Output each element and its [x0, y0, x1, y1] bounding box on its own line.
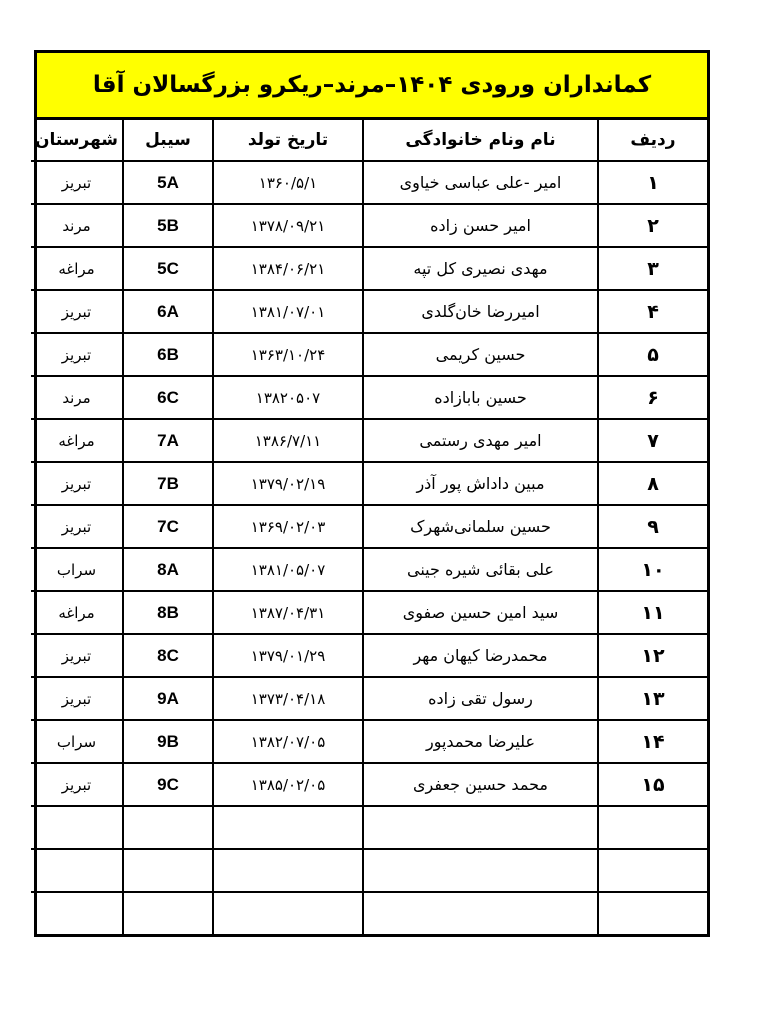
row-number-cell: ۱۳: [598, 677, 707, 720]
city-cell: تبریز: [31, 634, 123, 677]
empty-table-row: [31, 892, 707, 934]
target-cell: 7A: [123, 419, 213, 462]
row-number-cell: ۱۴: [598, 720, 707, 763]
header-row-number: ردیف: [598, 120, 707, 161]
target-cell: 5A: [123, 161, 213, 204]
target-cell: 7C: [123, 505, 213, 548]
birth-date-cell: ۱۳۸۱/۰۷/۰۱: [213, 290, 363, 333]
row-number-cell: ۶: [598, 376, 707, 419]
city-cell: تبریز: [31, 161, 123, 204]
empty-full-name-cell: [363, 892, 598, 934]
birth-date-cell: ۱۳۷۸/۰۹/۲۱: [213, 204, 363, 247]
city-cell: مراغه: [31, 591, 123, 634]
row-number-cell: ۱۰: [598, 548, 707, 591]
empty-row-number-cell: [598, 849, 707, 892]
birth-date-cell: ۱۳۸۴/۰۶/۲۱: [213, 247, 363, 290]
birth-date-cell: ۱۳۶۰/۵/۱: [213, 161, 363, 204]
empty-city-cell: [31, 892, 123, 934]
row-number-cell: ۱۱: [598, 591, 707, 634]
roster-table: ردیف نام ونام خانوادگی تاریخ تولد سیبل ش…: [31, 120, 707, 934]
header-city: شهرستان: [31, 120, 123, 161]
full-name-cell: حسین کریمی: [363, 333, 598, 376]
full-name-cell: حسین بابازاده: [363, 376, 598, 419]
header-birth-date: تاریخ تولد: [213, 120, 363, 161]
city-cell: سراب: [31, 548, 123, 591]
full-name-cell: محمد حسین جعفری: [363, 763, 598, 806]
city-cell: مراغه: [31, 419, 123, 462]
city-cell: سراب: [31, 720, 123, 763]
row-number-cell: ۱۲: [598, 634, 707, 677]
target-cell: 6B: [123, 333, 213, 376]
full-name-cell: امیر حسن زاده: [363, 204, 598, 247]
city-cell: تبریز: [31, 333, 123, 376]
birth-date-cell: ۱۳۸۵/۰۲/۰۵: [213, 763, 363, 806]
table-row: ۶حسین بابازاده۱۳۸۲۰۵۰۷6Cمرند: [31, 376, 707, 419]
row-number-cell: ۵: [598, 333, 707, 376]
empty-city-cell: [31, 806, 123, 849]
row-number-cell: ۲: [598, 204, 707, 247]
full-name-cell: امیر مهدی رستمی: [363, 419, 598, 462]
row-number-cell: ۱: [598, 161, 707, 204]
row-number-cell: ۹: [598, 505, 707, 548]
table-row: ۱۲محمدرضا کیهان مهر۱۳۷۹/۰۱/۲۹8Cتبریز: [31, 634, 707, 677]
full-name-cell: مهدی نصیری کل تپه: [363, 247, 598, 290]
target-cell: 8B: [123, 591, 213, 634]
row-number-cell: ۳: [598, 247, 707, 290]
empty-city-cell: [31, 849, 123, 892]
header-full-name: نام ونام خانوادگی: [363, 120, 598, 161]
table-row: ۱۴علیرضا محمدپور۱۳۸۲/۰۷/۰۵9Bسراب: [31, 720, 707, 763]
city-cell: مراغه: [31, 247, 123, 290]
table-row: ۳مهدی نصیری کل تپه۱۳۸۴/۰۶/۲۱5Cمراغه: [31, 247, 707, 290]
table-row: ۷امیر مهدی رستمی۱۳۸۶/۷/۱۱7Aمراغه: [31, 419, 707, 462]
birth-date-cell: ۱۳۸۷/۰۴/۳۱: [213, 591, 363, 634]
target-cell: 5C: [123, 247, 213, 290]
table-row: ۲امیر حسن زاده۱۳۷۸/۰۹/۲۱5Bمرند: [31, 204, 707, 247]
full-name-cell: امیررضا خان‌گلدی: [363, 290, 598, 333]
full-name-cell: امیر -علی عباسی خیاوی: [363, 161, 598, 204]
target-cell: 8A: [123, 548, 213, 591]
table-row: ۹حسین سلمانی‌شهرک۱۳۶۹/۰۲/۰۳7Cتبریز: [31, 505, 707, 548]
city-cell: تبریز: [31, 505, 123, 548]
birth-date-cell: ۱۳۷۹/۰۲/۱۹: [213, 462, 363, 505]
birth-date-cell: ۱۳۸۲/۰۷/۰۵: [213, 720, 363, 763]
target-cell: 6C: [123, 376, 213, 419]
row-number-cell: ۴: [598, 290, 707, 333]
table-row: ۱امیر -علی عباسی خیاوی۱۳۶۰/۵/۱5Aتبریز: [31, 161, 707, 204]
row-number-cell: ۸: [598, 462, 707, 505]
target-cell: 6A: [123, 290, 213, 333]
empty-row-number-cell: [598, 892, 707, 934]
empty-target-cell: [123, 849, 213, 892]
birth-date-cell: ۱۳۸۱/۰۵/۰۷: [213, 548, 363, 591]
city-cell: تبریز: [31, 763, 123, 806]
empty-table-row: [31, 806, 707, 849]
birth-date-cell: ۱۳۸۶/۷/۱۱: [213, 419, 363, 462]
table-row: ۱۰علی بقائی شیره جینی۱۳۸۱/۰۵/۰۷8Aسراب: [31, 548, 707, 591]
table-row: ۸مبین داداش پور آذر۱۳۷۹/۰۲/۱۹7Bتبریز: [31, 462, 707, 505]
row-number-cell: ۷: [598, 419, 707, 462]
table-row: ۱۳رسول تقی زاده۱۳۷۳/۰۴/۱۸9Aتبریز: [31, 677, 707, 720]
roster-body: ۱امیر -علی عباسی خیاوی۱۳۶۰/۵/۱5Aتبریز۲ام…: [31, 161, 707, 934]
empty-target-cell: [123, 806, 213, 849]
empty-table-row: [31, 849, 707, 892]
empty-birth-date-cell: [213, 892, 363, 934]
empty-birth-date-cell: [213, 849, 363, 892]
city-cell: تبریز: [31, 462, 123, 505]
city-cell: مرند: [31, 204, 123, 247]
empty-full-name-cell: [363, 806, 598, 849]
full-name-cell: حسین سلمانی‌شهرک: [363, 505, 598, 548]
empty-birth-date-cell: [213, 806, 363, 849]
empty-full-name-cell: [363, 849, 598, 892]
header-target: سیبل: [123, 120, 213, 161]
full-name-cell: محمدرضا کیهان مهر: [363, 634, 598, 677]
target-cell: 8C: [123, 634, 213, 677]
birth-date-cell: ۱۳۷۹/۰۱/۲۹: [213, 634, 363, 677]
city-cell: مرند: [31, 376, 123, 419]
city-cell: تبریز: [31, 677, 123, 720]
full-name-cell: علی بقائی شیره جینی: [363, 548, 598, 591]
target-cell: 9A: [123, 677, 213, 720]
table-row: ۱۱سید امین حسین صفوی۱۳۸۷/۰۴/۳۱8Bمراغه: [31, 591, 707, 634]
sheet-title: کمانداران ورودی ۱۴۰۴–مرند–ریکرو بزرگسالا…: [37, 53, 707, 120]
header-row: ردیف نام ونام خانوادگی تاریخ تولد سیبل ش…: [31, 120, 707, 161]
birth-date-cell: ۱۳۶۹/۰۲/۰۳: [213, 505, 363, 548]
table-row: ۵حسین کریمی۱۳۶۳/۱۰/۲۴6Bتبریز: [31, 333, 707, 376]
empty-row-number-cell: [598, 806, 707, 849]
full-name-cell: سید امین حسین صفوی: [363, 591, 598, 634]
birth-date-cell: ۱۳۸۲۰۵۰۷: [213, 376, 363, 419]
table-row: ۴امیررضا خان‌گلدی۱۳۸۱/۰۷/۰۱6Aتبریز: [31, 290, 707, 333]
target-cell: 9B: [123, 720, 213, 763]
birth-date-cell: ۱۳۶۳/۱۰/۲۴: [213, 333, 363, 376]
full-name-cell: علیرضا محمدپور: [363, 720, 598, 763]
full-name-cell: مبین داداش پور آذر: [363, 462, 598, 505]
archers-roster-sheet: کمانداران ورودی ۱۴۰۴–مرند–ریکرو بزرگسالا…: [34, 50, 710, 937]
empty-target-cell: [123, 892, 213, 934]
row-number-cell: ۱۵: [598, 763, 707, 806]
target-cell: 5B: [123, 204, 213, 247]
birth-date-cell: ۱۳۷۳/۰۴/۱۸: [213, 677, 363, 720]
target-cell: 7B: [123, 462, 213, 505]
target-cell: 9C: [123, 763, 213, 806]
table-row: ۱۵محمد حسین جعفری۱۳۸۵/۰۲/۰۵9Cتبریز: [31, 763, 707, 806]
full-name-cell: رسول تقی زاده: [363, 677, 598, 720]
city-cell: تبریز: [31, 290, 123, 333]
